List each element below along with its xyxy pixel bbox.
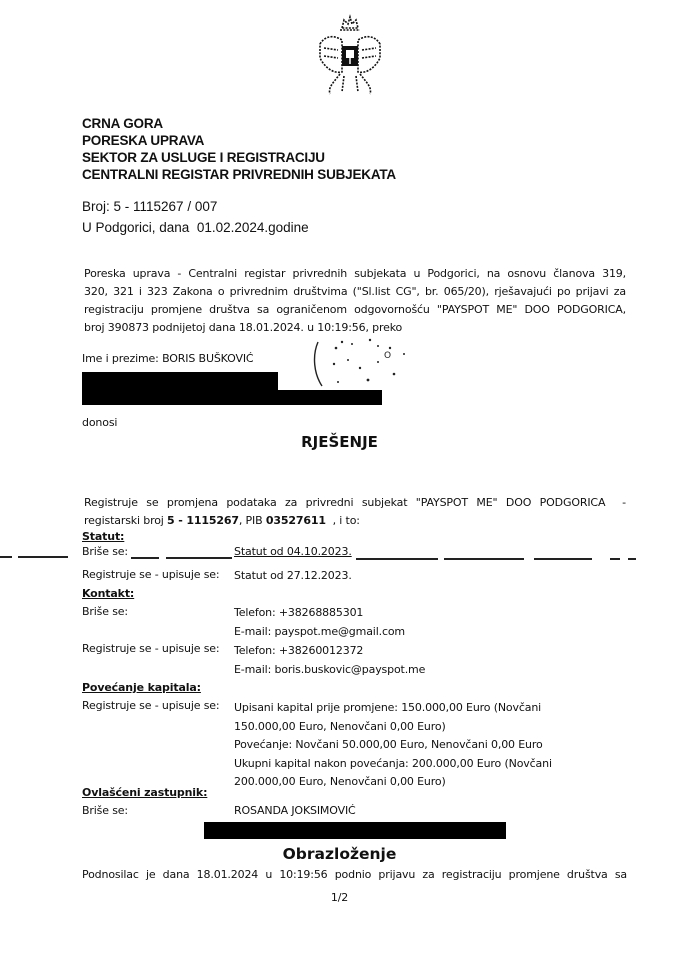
capital-line: 150.000,00 Euro, Nenovčani 0,00 Euro) (234, 718, 552, 737)
page-number: 1/2 (0, 891, 679, 904)
kapital-values: Upisani kapital prije promjene: 150.000,… (234, 699, 552, 792)
pib-label: , PIB (239, 514, 266, 527)
explanation-line: Podnosilac je dana 18.01.2024 u 10:19:56… (82, 868, 627, 881)
dash-line (610, 558, 620, 560)
dash-line (356, 558, 438, 560)
dash-line (18, 556, 68, 558)
kontakt-registruje-values: Telefon: +38260012372 E-mail: boris.busk… (234, 642, 425, 679)
statut-registruje-label: Registruje se - upisuje se: (82, 568, 219, 581)
capital-line: Ukupni kapital nakon povećanja: 200.000,… (234, 755, 552, 774)
section-heading-statut: Statut: (82, 530, 124, 543)
kapital-registruje-label: Registruje se - upisuje se: (82, 699, 219, 712)
blank-line (166, 557, 232, 559)
decision-paragraph: Registruje se promjena podataka za privr… (84, 494, 626, 530)
old-email: E-mail: payspot.me@gmail.com (234, 623, 405, 642)
kontakt-brise-values: Telefon: +38268885301 E-mail: payspot.me… (234, 604, 405, 641)
zastupnik-brise-label: Briše se: (82, 804, 128, 817)
section-heading-zastupnik: Ovlašćeni zastupnik: (82, 786, 207, 799)
redaction-bar (204, 822, 506, 839)
registration-number: 5 - 1115267 (167, 514, 239, 527)
dash-line (0, 556, 12, 558)
dash-line (444, 558, 524, 560)
header-authority: PORESKA UPRAVA (82, 133, 204, 148)
svg-text:O: O (384, 351, 391, 361)
applicant-name: Ime i prezime: BORIS BUŠKOVIĆ (82, 352, 253, 365)
dash-line (628, 558, 636, 560)
decision-suffix: , i to: (326, 514, 360, 527)
donosi-text: donosi (82, 416, 117, 429)
header-country: CRNA GORA (82, 116, 163, 131)
explanation-title: Obrazloženje (0, 845, 679, 863)
capital-line: Povećanje: Novčani 50.000,00 Euro, Nenov… (234, 736, 552, 755)
document-number: Broj: 5 - 1115267 / 007 (82, 199, 217, 214)
new-phone: Telefon: +38260012372 (234, 642, 425, 661)
header-sector: SEKTOR ZA USLUGE I REGISTRACIJU (82, 150, 325, 165)
pib-number: 03527611 (266, 514, 326, 527)
intro-line: registraciju promjene društva sa ogranič… (84, 301, 626, 319)
statut-registruje-value: Statut od 27.12.2023. (234, 569, 352, 582)
header-registry: CENTRALNI REGISTAR PRIVREDNIH SUBJEKATA (82, 167, 396, 182)
capital-line: 200.000,00 Euro, Nenovčani 0,00 Euro) (234, 773, 552, 792)
section-heading-kapital: Povećanje kapitala: (82, 681, 201, 694)
stamp-mark-icon: O (308, 334, 418, 394)
statut-brise-value: Statut od 04.10.2023. (234, 545, 352, 558)
blank-line (131, 557, 159, 559)
capital-line: Upisani kapital prije promjene: 150.000,… (234, 699, 552, 718)
statut-brise-label: Briše se: (82, 545, 128, 558)
old-phone: Telefon: +38268885301 (234, 604, 405, 623)
dash-line (534, 558, 592, 560)
decision-line-2: registarski broj 5 - 1115267, PIB 035276… (84, 512, 626, 530)
redaction-bar (82, 390, 382, 405)
section-heading-kontakt: Kontakt: (82, 587, 134, 600)
document-title: RJEŠENJE (0, 433, 679, 451)
coat-of-arms-icon (312, 14, 388, 100)
kontakt-registruje-label: Registruje se - upisuje se: (82, 642, 219, 655)
redaction-bar (82, 372, 278, 390)
new-email: E-mail: boris.buskovic@payspot.me (234, 661, 425, 680)
intro-line: Poreska uprava - Centralni registar priv… (84, 265, 626, 283)
zastupnik-brise-value: ROSANDA JOKSIMOVIĆ (234, 804, 356, 817)
place-and-date: U Podgorici, dana 01.02.2024.godine (82, 220, 309, 235)
decision-line-1: Registruje se promjena podataka za privr… (84, 494, 626, 512)
intro-paragraph: Poreska uprava - Centralni registar priv… (84, 265, 626, 337)
intro-line: 320, 321 i 323 Zakona o privrednim društ… (84, 283, 626, 301)
kontakt-brise-label: Briše se: (82, 605, 128, 618)
reg-label: registarski broj (84, 514, 167, 527)
